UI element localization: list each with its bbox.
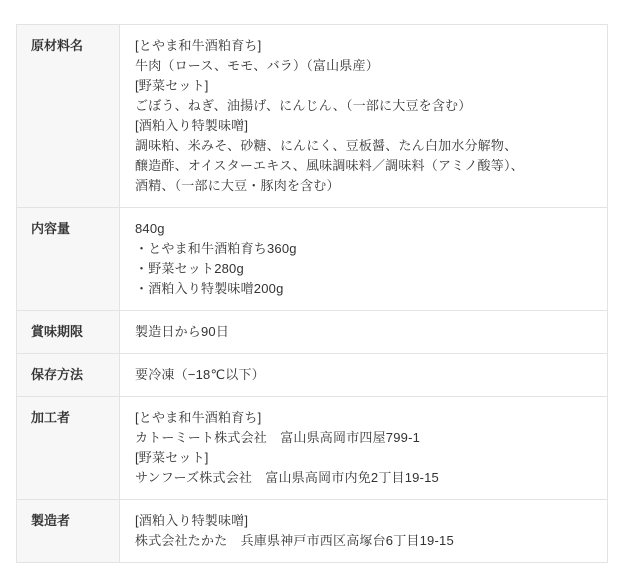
row-content-line: ごぼう、ねぎ、油揚げ、にんじん、（一部に大豆を含む） xyxy=(135,96,595,116)
row-content-line: ・とやま和牛酒粕育ち360g xyxy=(135,239,595,259)
row-content-line: 要冷凍（−18℃以下） xyxy=(135,365,595,385)
row-content: 840g・とやま和牛酒粕育ち360g・野菜セット280g・酒粕入り特製味噌200… xyxy=(120,208,607,310)
row-content-line: 調味粕、米みそ、砂糖、にんにく、豆板醤、たん白加水分解物、 xyxy=(135,136,595,156)
row-content-line: [とやま和牛酒粕育ち] xyxy=(135,408,595,428)
row-label: 原材料名 xyxy=(17,25,120,207)
row-content-line: [酒粕入り特製味噌] xyxy=(135,511,595,531)
table-row: 原材料名[とやま和牛酒粕育ち]牛肉（ロース、モモ、バラ）（富山県産）[野菜セット… xyxy=(17,25,607,208)
row-content: 製造日から90日 xyxy=(120,311,607,353)
row-content: 要冷凍（−18℃以下） xyxy=(120,354,607,396)
row-content-line: [野菜セット] xyxy=(135,76,595,96)
row-content-line: 製造日から90日 xyxy=(135,322,595,342)
table-row: 製造者[酒粕入り特製味噌]株式会社たかた 兵庫県神戸市西区高塚台6丁目19-15 xyxy=(17,500,607,562)
table-row: 保存方法要冷凍（−18℃以下） xyxy=(17,354,607,397)
row-content-line: ・酒粕入り特製味噌200g xyxy=(135,279,595,299)
row-content-line: 酒精、（一部に大豆・豚肉を含む） xyxy=(135,176,595,196)
row-content: [とやま和牛酒粕育ち]牛肉（ロース、モモ、バラ）（富山県産）[野菜セット]ごぼう… xyxy=(120,25,607,207)
row-content-line: 株式会社たかた 兵庫県神戸市西区高塚台6丁目19-15 xyxy=(135,531,595,551)
row-label: 製造者 xyxy=(17,500,120,562)
page: 原材料名[とやま和牛酒粕育ち]牛肉（ロース、モモ、バラ）（富山県産）[野菜セット… xyxy=(0,0,640,588)
table-row: 賞味期限製造日から90日 xyxy=(17,311,607,354)
row-content-line: ・野菜セット280g xyxy=(135,259,595,279)
table-row: 内容量840g・とやま和牛酒粕育ち360g・野菜セット280g・酒粕入り特製味噌… xyxy=(17,208,607,311)
row-label: 内容量 xyxy=(17,208,120,310)
row-content-line: サンフーズ株式会社 富山県高岡市内免2丁目19-15 xyxy=(135,468,595,488)
row-content-line: カトーミート株式会社 富山県高岡市四屋799-1 xyxy=(135,428,595,448)
row-content-line: 840g xyxy=(135,219,595,239)
row-content-line: [とやま和牛酒粕育ち] xyxy=(135,36,595,56)
table-row: 加工者[とやま和牛酒粕育ち]カトーミート株式会社 富山県高岡市四屋799-1[野… xyxy=(17,397,607,500)
row-content-line: [酒粕入り特製味噌] xyxy=(135,116,595,136)
row-content-line: [野菜セット] xyxy=(135,448,595,468)
row-content: [とやま和牛酒粕育ち]カトーミート株式会社 富山県高岡市四屋799-1[野菜セッ… xyxy=(120,397,607,499)
row-content-line: 牛肉（ロース、モモ、バラ）（富山県産） xyxy=(135,56,595,76)
row-content-line: 醸造酢、オイスターエキス、風味調味料／調味料（アミノ酸等）、 xyxy=(135,156,595,176)
row-content: [酒粕入り特製味噌]株式会社たかた 兵庫県神戸市西区高塚台6丁目19-15 xyxy=(120,500,607,562)
row-label: 加工者 xyxy=(17,397,120,499)
product-info-table: 原材料名[とやま和牛酒粕育ち]牛肉（ロース、モモ、バラ）（富山県産）[野菜セット… xyxy=(16,24,608,563)
row-label: 賞味期限 xyxy=(17,311,120,353)
row-label: 保存方法 xyxy=(17,354,120,396)
